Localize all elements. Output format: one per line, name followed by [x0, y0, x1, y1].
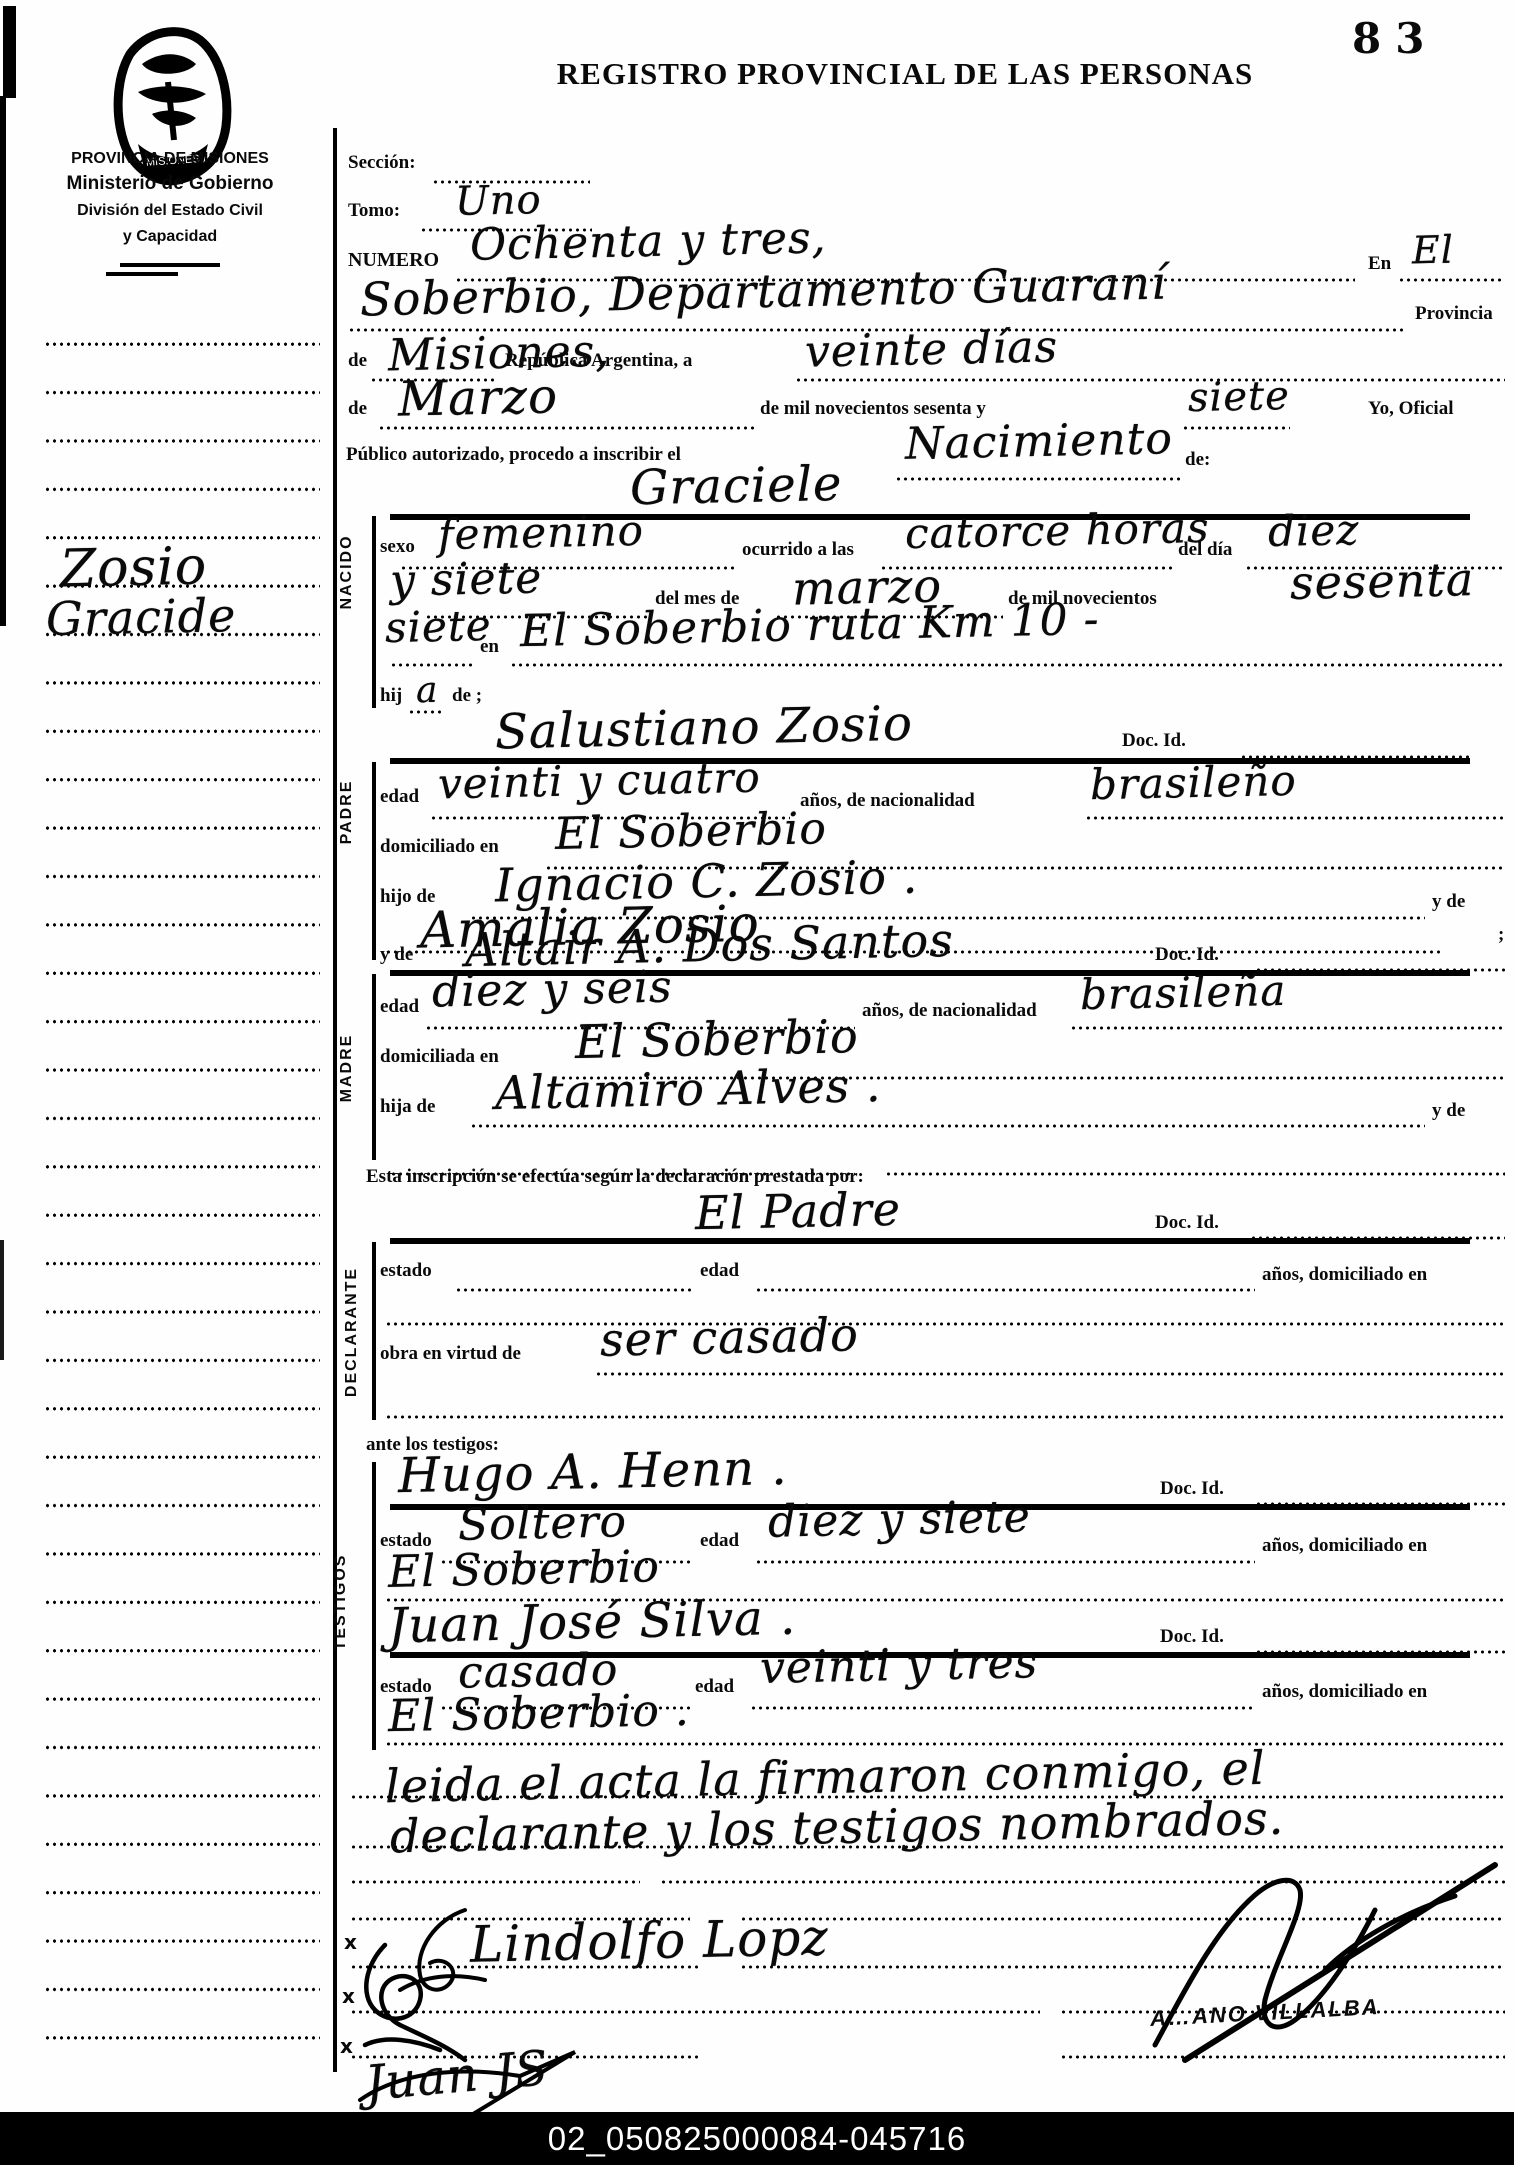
ocurrido-label: ocurrido a las [742, 539, 854, 561]
dotted-line [390, 663, 475, 667]
edad-label: edad [380, 786, 419, 808]
testigo2-edad-value: veinti y tres [759, 1637, 1038, 1694]
hija-de-label: hija de [380, 1096, 435, 1118]
doc-id-label: Doc. Id. [1122, 730, 1186, 752]
official-flourish-signature [1125, 1850, 1514, 2070]
scan-edge-mark [3, 6, 16, 98]
mes-value: Marzo [397, 368, 558, 427]
dotted-line [750, 1706, 1255, 1710]
dotted-line [470, 1124, 1425, 1128]
de-label: de: [1185, 449, 1210, 471]
madre-edad-value: diez y seis [431, 961, 673, 1017]
section-rule [390, 1238, 1470, 1244]
anios-domiciliado-label: años, domiciliado en [1262, 1681, 1427, 1703]
en-label: en [480, 636, 499, 658]
dotted-line [1070, 1026, 1505, 1030]
anio-value: siete [1188, 373, 1291, 421]
declarante-value: El Padre [694, 1182, 901, 1240]
dia-value: diez [1267, 505, 1359, 556]
nacionalidad-label: años, de nacionalidad [862, 1000, 1037, 1022]
testigo2-domicilio-value: El Soberbio . [387, 1685, 690, 1742]
section-bracket [372, 516, 376, 708]
dotted-line [350, 1845, 1505, 1849]
testigo1-domicilio-value: El Soberbio [387, 1541, 660, 1598]
de-label: de [348, 398, 367, 420]
dotted-line [455, 1288, 693, 1292]
abuelo-materno-value: Altamiro Alves . [494, 1058, 882, 1120]
org-line-capacidad: y Capacidad [20, 228, 320, 246]
lugar-nacimiento-value: El Soberbio ruta Km 10 - [520, 594, 1100, 657]
en-label: En [1368, 253, 1391, 275]
dotted-line [385, 1415, 1505, 1419]
seccion-label: Sección: [348, 152, 416, 174]
doc-id-label: Doc. Id. [1155, 1212, 1219, 1234]
tomo-label: Tomo: [348, 200, 400, 222]
dotted-line [595, 1372, 1505, 1376]
doc-id-label: Doc. Id. [1160, 1478, 1224, 1500]
y-de-label: y de [380, 944, 413, 966]
padre-nombre-value: Salustiano Zosio [494, 696, 913, 761]
dotted-line [1060, 2055, 1505, 2059]
nacido-nombre-value: Graciele [629, 456, 842, 516]
dias-value: veinte días [804, 321, 1058, 377]
dotted-line [350, 1880, 640, 1884]
dotted-line [755, 1560, 1255, 1564]
madre-nacionalidad-value: brasileña [1080, 966, 1287, 1019]
section-bracket [372, 762, 376, 960]
page-title: REGISTRO PROVINCIAL DE LAS PERSONAS [555, 56, 1255, 92]
testigo1-nombre-value: Hugo A. Henn . [397, 1440, 788, 1504]
form-divider-line [333, 128, 337, 2072]
dotted-line [755, 1288, 1255, 1292]
de-label: de [348, 350, 367, 372]
edad-label: edad [700, 1530, 739, 1552]
hora-value: catorce horas [905, 503, 1211, 558]
org-line-ministerio: Ministerio de Gobierno [20, 173, 320, 195]
section-bracket [372, 1242, 376, 1420]
birth-certificate-scan: MISIONES PROVINCIA DE MISIONES Ministeri… [0, 0, 1514, 2165]
org-line-division: División del Estado Civil [20, 202, 320, 220]
numero-value: Ochenta y tres, [470, 212, 827, 270]
punto-coma: ; [1498, 924, 1504, 946]
dotted-line [385, 1742, 1505, 1746]
edad-label: edad [700, 1260, 739, 1282]
dotted-line [885, 1172, 1505, 1176]
edad-label: edad [695, 1676, 734, 1698]
dotted-line [378, 426, 755, 430]
acto-value: Nacimiento [904, 413, 1173, 470]
doc-id-label: Doc. Id. [1155, 944, 1219, 966]
dia-value-2: y siete [389, 552, 542, 606]
provincia-label: Provincia [1415, 303, 1493, 325]
numero-label: NUMERO [348, 249, 439, 272]
dia-label: del día [1178, 539, 1232, 561]
domicilio-label: domiciliado en [380, 836, 499, 858]
dotted-line [1085, 816, 1505, 820]
scan-code-bar: 02_050825000084-045716 [0, 2112, 1514, 2165]
section-bracket [372, 1462, 376, 1750]
dotted-line [385, 1322, 1505, 1326]
anio-value-2: siete [384, 601, 492, 652]
obra-value: ser casado [599, 1307, 859, 1366]
section-bracket [372, 974, 376, 1160]
edad-label: edad [380, 996, 419, 1018]
org-line-provincia: PROVINCIA DE MISIONES [20, 150, 320, 168]
scan-edge-mark [0, 1240, 4, 1360]
hij-fill-value: a [416, 670, 439, 711]
testigo1-edad-value: diez y siete [767, 1491, 1031, 1547]
padre-edad-value: veinti y cuatro [438, 753, 762, 809]
hij-label: hij [380, 685, 402, 707]
dotted-line [1398, 278, 1505, 282]
estado-label: estado [380, 1260, 432, 1282]
scan-code-text: 02_050825000084-045716 [548, 2120, 966, 2158]
dotted-line [1182, 426, 1290, 430]
margin-given-name: Gracide [45, 588, 236, 646]
padre-nacionalidad-value: brasileño [1090, 756, 1298, 809]
anios-domiciliado-label: años, domiciliado en [1262, 1264, 1427, 1286]
page-number: 83 [1352, 14, 1438, 63]
header-rule [120, 263, 220, 267]
dotted-line [795, 378, 1505, 382]
section-label-padre: PADRE [338, 780, 356, 845]
section-label-declarante: DECLARANTE [343, 1267, 361, 1397]
en-value: El [1412, 228, 1455, 273]
anio-value: sesenta [1289, 552, 1474, 610]
yo-oficial-label: Yo, Oficial [1368, 398, 1454, 420]
section-label-madre: MADRE [338, 1034, 356, 1103]
header-rule [106, 272, 178, 276]
scan-edge-mark [0, 96, 6, 626]
dotted-line [350, 2010, 1040, 2014]
domicilio-label: domiciliada en [380, 1046, 499, 1068]
dotted-line [895, 477, 1180, 481]
dotted-line [510, 663, 1505, 667]
anios-domiciliado-label: años, domiciliado en [1262, 1535, 1427, 1557]
oficial-signature-value: Lindolfo Lopz [469, 1908, 829, 1973]
anio-label: de mil novecientos sesenta y [760, 398, 986, 420]
section-label-testigos: TESTIGOS [332, 1554, 350, 1651]
de-label: de ; [452, 685, 482, 707]
sexo-value: femenino [438, 506, 645, 559]
obra-en-virtud-label: obra en virtud de [380, 1343, 521, 1365]
doc-id-label: Doc. Id. [1160, 1626, 1224, 1648]
dotted-line [408, 710, 442, 714]
y-de-label: y de [1432, 1100, 1465, 1122]
y-de-label: y de [1432, 891, 1465, 913]
section-label-nacido: NACIDO [338, 534, 356, 609]
